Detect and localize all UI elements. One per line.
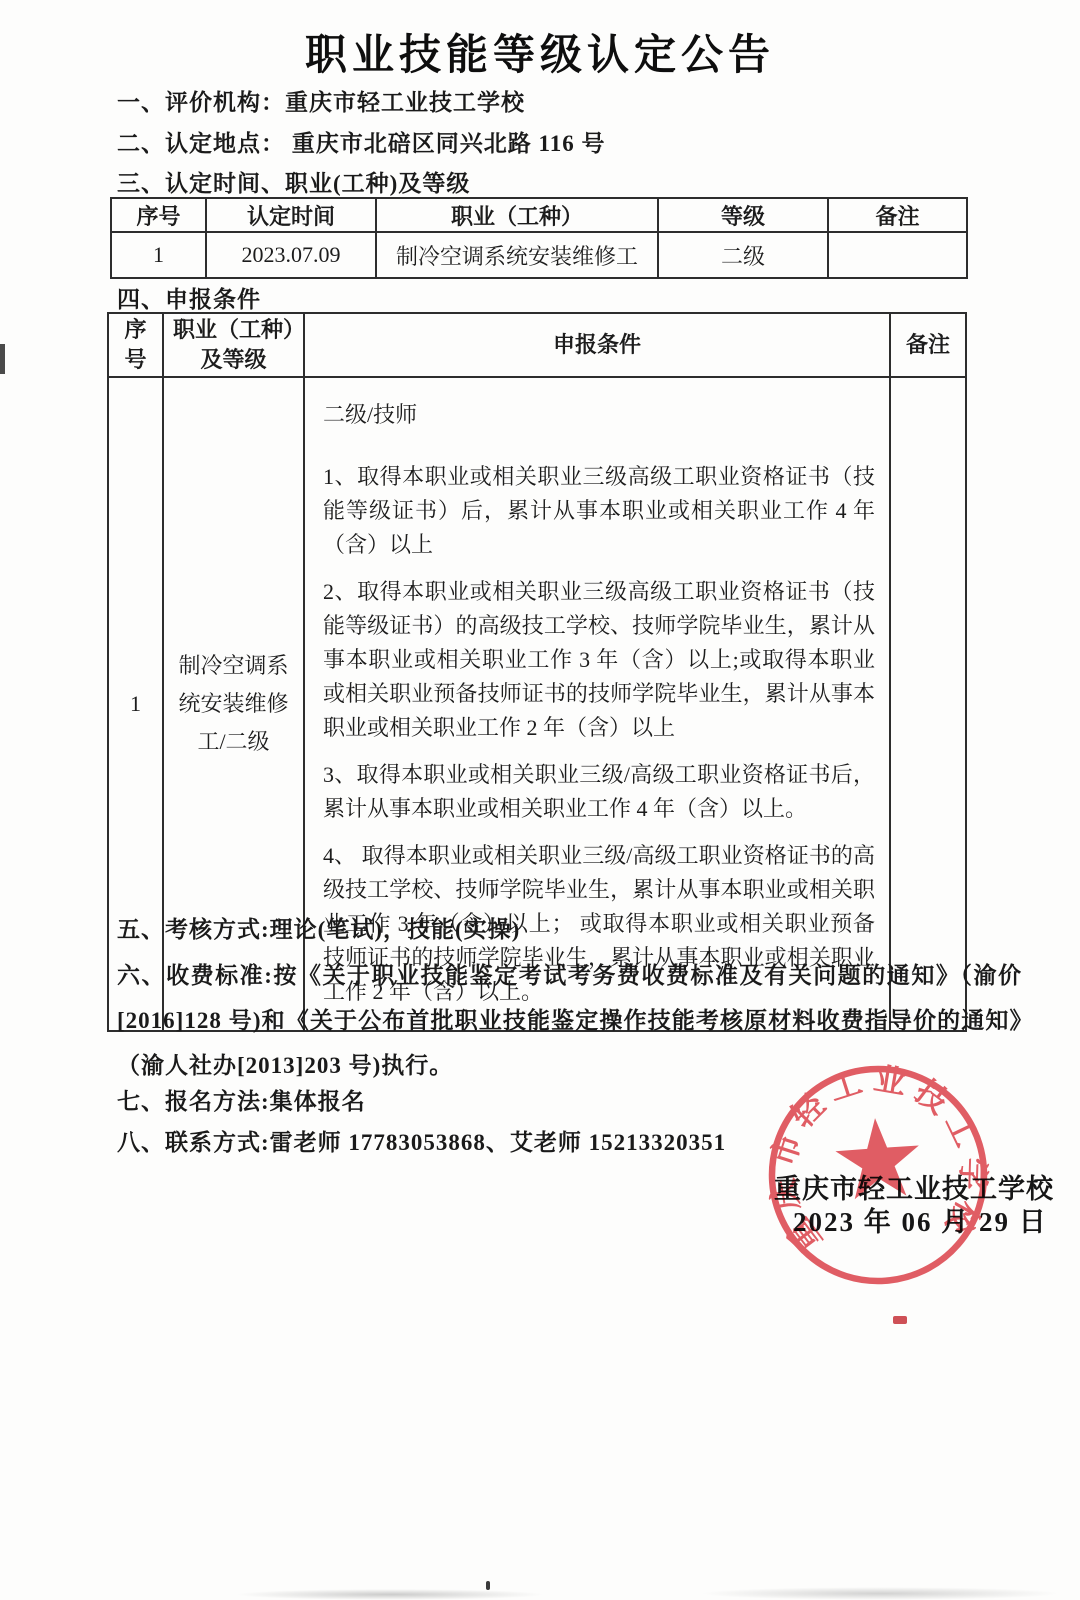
scan-bottom-shadow	[235, 1589, 545, 1600]
schedule-col-no: 序号	[111, 198, 206, 232]
stamp-ink-speck	[893, 1316, 907, 1324]
table-row: 1 2023.07.09 制冷空调系统安装维修工 二级	[111, 232, 967, 278]
registration-line: 七、报名方法:集体报名	[117, 1083, 366, 1116]
exam-method-line: 五、考核方式:理论(笔试)，技能(实操)	[117, 911, 520, 944]
page-title: 职业技能等级认定公告	[0, 22, 1080, 82]
schedule-cell-occupation: 制冷空调系统安装维修工	[376, 232, 658, 278]
schedule-cell-level: 二级	[658, 232, 828, 278]
schedule-cell-remark	[828, 232, 967, 278]
apply-heading: 四、申报条件	[117, 281, 261, 314]
official-seal-stamp: 重庆市轻工业技工学校	[752, 1049, 1004, 1301]
location-line: 二、认定地点： 重庆市北碚区同兴北路 116 号	[117, 125, 605, 158]
schedule-header-row: 序号 认定时间 职业（工种） 等级 备注	[111, 198, 967, 232]
schedule-cell-date: 2023.07.09	[206, 232, 376, 278]
announcement-page: 职业技能等级认定公告 一、评价机构：重庆市轻工业技工学校 二、认定地点： 重庆市…	[0, 0, 1080, 1600]
schedule-col-level: 等级	[658, 198, 828, 232]
apply-col-occupation: 职业（工种）及等级	[163, 313, 304, 377]
apply-col-no: 序号	[108, 313, 163, 377]
schedule-cell-no: 1	[111, 232, 206, 278]
schedule-col-remark: 备注	[828, 198, 967, 232]
schedule-col-date: 认定时间	[206, 198, 376, 232]
condition-item-2: 2、取得本职业或相关职业三级高级工职业资格证书（技能等级证书）的高级技工学校、技…	[323, 575, 875, 745]
scan-bottom-shadow	[700, 1587, 1060, 1600]
schedule-col-occupation: 职业（工种）	[376, 198, 658, 232]
schedule-heading: 三、认定时间、职业(工种)及等级	[117, 165, 470, 198]
apply-col-conditions: 申报条件	[304, 313, 890, 377]
schedule-table: 序号 认定时间 职业（工种） 等级 备注 1 2023.07.09 制冷空调系统…	[110, 197, 968, 279]
contact-line: 八、联系方式:雷老师 17783053868、艾老师 15213320351	[117, 1124, 726, 1157]
scan-edge-mark	[0, 344, 5, 374]
apply-cell-remark	[890, 377, 966, 1031]
condition-level: 二级/技师	[323, 398, 875, 432]
evaluator-line: 一、评价机构：重庆市轻工业技工学校	[117, 84, 525, 117]
condition-item-3: 3、取得本职业或相关职业三级/高级工职业资格证书后，累计从事本职业或相关职业工作…	[323, 758, 875, 826]
star-icon	[833, 1115, 922, 1200]
apply-col-remark: 备注	[890, 313, 966, 377]
apply-header-row: 序号 职业（工种）及等级 申报条件 备注	[108, 313, 966, 377]
ink-speck	[491, 888, 494, 898]
condition-item-1: 1、取得本职业或相关职业三级高级工职业资格证书（技能等级证书）后，累计从事本职业…	[323, 460, 875, 562]
